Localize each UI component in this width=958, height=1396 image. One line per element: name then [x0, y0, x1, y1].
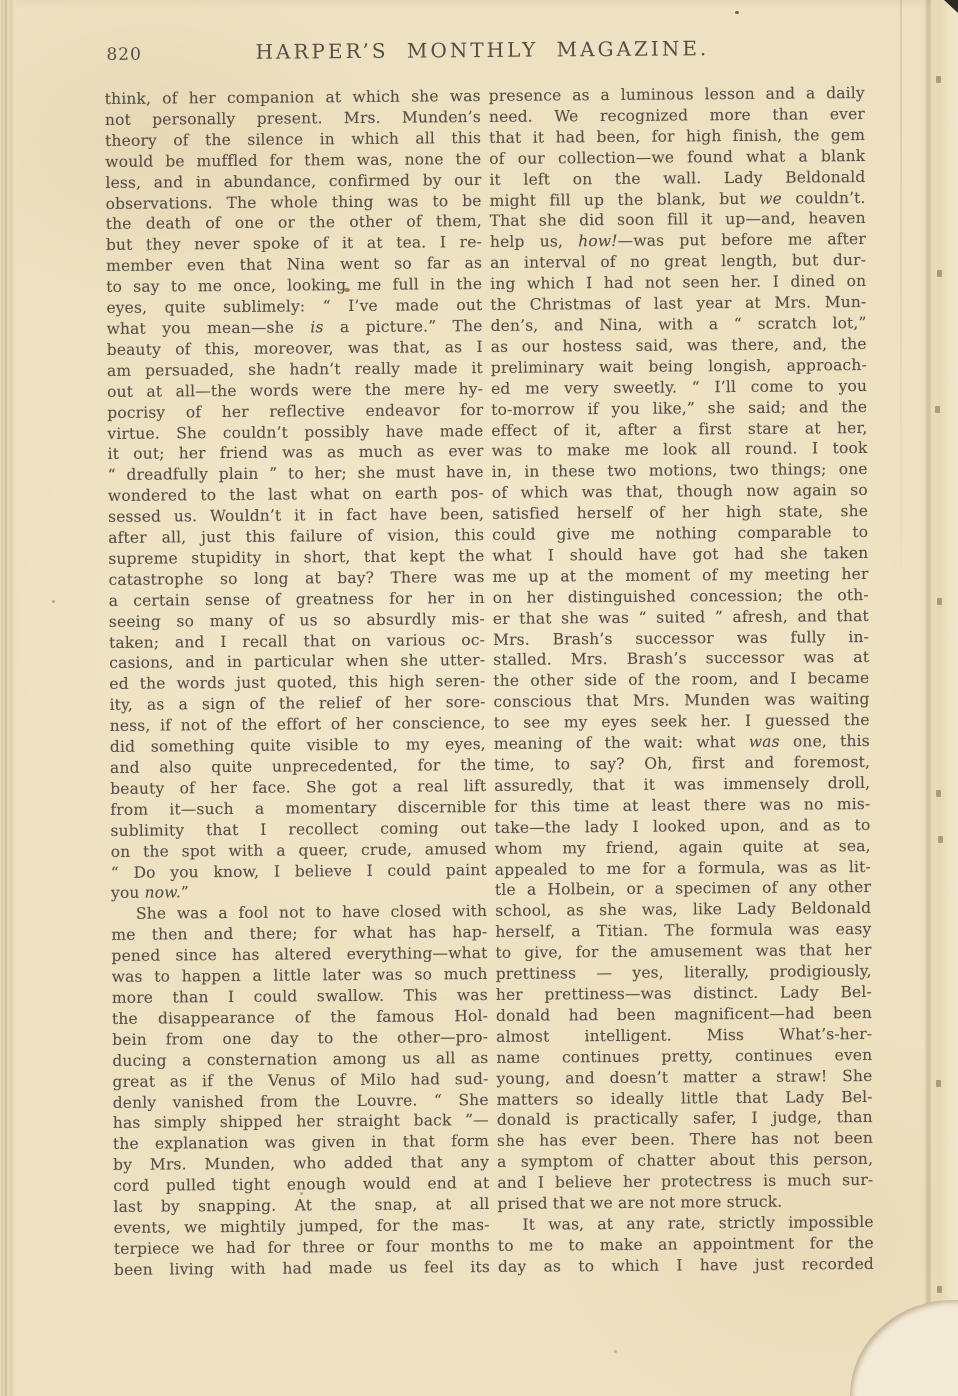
text-line: and I believe her protectress is much su… [497, 1170, 873, 1194]
paper-speck [735, 11, 739, 14]
text-line: virtue. She couldn’t possibly have made [107, 420, 483, 444]
text-line: beauty of this, moreover, was that, as I [107, 337, 483, 361]
text-line: That she did soon fill it up—and, heaven [490, 208, 866, 232]
text-line: the Christmas of last year at Mrs. Mun- [490, 292, 866, 316]
text-line: satisfied herself of her high state, she [492, 501, 868, 525]
text-line: the explanation was given in that form [113, 1131, 489, 1155]
text-line: more than I could swallow. This was [112, 985, 488, 1009]
text-line: by Mrs. Munden, who added that any [113, 1152, 489, 1176]
torn-page-corner [850, 1300, 958, 1396]
text-line: ducing a consternation among us all as [112, 1048, 488, 1072]
text-column-left: think, of her companion at which she was… [105, 86, 490, 1281]
text-line: last by snapping. At the snap, at all [113, 1194, 489, 1218]
text-line: and also quite unprecedented, for the [110, 755, 486, 779]
text-line: school, as she was, like Lady Beldonald [495, 898, 871, 922]
text-line: taken; and I recall that on various oc- [109, 630, 485, 654]
text-line: the death of one or the other of them, [106, 211, 482, 235]
text-line: from it—such a momentary discernible [110, 797, 486, 821]
text-line: it left on the wall. Lady Beldonald [489, 167, 865, 191]
text-line: not personally present. Mrs. Munden’s [105, 107, 481, 131]
text-line: as our hostess said, was there, and, the [491, 334, 867, 358]
text-line: stalled. Mrs. Brash’s successor was at [493, 647, 869, 671]
text-line: donald had been magnificent—had been [496, 1003, 872, 1027]
text-line: what I should have got had she taken [492, 543, 868, 567]
edge-print-mark [936, 76, 941, 83]
edge-print-mark [937, 598, 942, 605]
text-line: conscious that Mrs. Munden was waiting [493, 689, 869, 713]
text-line: er that she was “ suited ” afresh, and t… [493, 606, 869, 630]
text-line: a certain sense of greatness for her in [109, 588, 485, 612]
text-line: out at all—the words were the mere hy- [107, 379, 483, 403]
text-line: on her distinguished concession; the oth… [493, 585, 869, 609]
text-line: to-morrow if you like,” she said; and th… [491, 397, 867, 421]
text-line: prettiness — yes, literally, prodigiousl… [496, 961, 872, 985]
paper-speck [300, 1192, 303, 1195]
text-line: casions, and in particular when she utte… [109, 650, 485, 674]
paper-crease [900, 0, 902, 614]
edge-print-mark [935, 406, 940, 413]
text-line: been living with had made us feel its [114, 1257, 490, 1281]
text-line: to say to me once, looking me full in th… [106, 274, 482, 298]
text-line: her prettiness—was distinct. Lady Bel- [496, 982, 872, 1006]
text-line: events, we mightily jumped, for the mas- [114, 1215, 490, 1239]
text-line: would be muffled for them was, none the [105, 149, 481, 173]
text-line: pened since has altered everything—what [111, 943, 487, 967]
text-line: it out; her friend was as much as ever [107, 441, 483, 465]
text-line: meaning of the wait: what was one, this [494, 731, 870, 755]
text-line: theory of the silence in which all this [105, 128, 481, 152]
text-line: great as if the Venus of Milo had sud- [112, 1069, 488, 1093]
text-line: could give me nothing comparable to [492, 522, 868, 546]
text-line: the disappearance of the famous Hol- [112, 1006, 488, 1030]
edge-print-mark [937, 270, 942, 277]
text-line: to give, for the amusement was that her [495, 940, 871, 964]
text-line: member even that Nina went so far as [106, 253, 482, 277]
edge-print-mark [936, 1080, 941, 1087]
page-content: 820 HARPER’S MONTHLY MAGAZINE. think, of… [0, 0, 958, 4]
text-line: wondered to the last what on earth pos- [108, 483, 484, 507]
text-line: prised that we are not more struck. [497, 1191, 873, 1215]
text-line: time, to say? Oh, first and foremost, [494, 752, 870, 776]
text-line: den’s, and Nina, with a “ scratch lot,” [490, 313, 866, 337]
text-line: might fill up the blank, but we couldn’t… [489, 188, 865, 212]
text-line: the other side of the room, and I became [493, 668, 869, 692]
text-line: ing which I had not seen her. I dined on [490, 271, 866, 295]
text-column-right: presence as a luminous lesson and a dail… [489, 83, 874, 1278]
text-line: preliminary wait being longish, approach… [491, 355, 867, 379]
text-line: me then and there; for what has hap- [111, 922, 487, 946]
text-line: an interval of no great length, but dur- [490, 250, 866, 274]
text-line: in, in these two motions, two things; on… [492, 459, 868, 483]
text-line: young, and doesn’t matter a straw! She [496, 1066, 872, 1090]
text-line: She was a fool not to have closed with [111, 901, 487, 925]
edge-print-mark [937, 1286, 942, 1293]
text-line: beauty of her face. She got a real lift [110, 776, 486, 800]
text-line: seeing so many of us so absurdly mis- [109, 609, 485, 633]
text-line: for this time at least there was no mis- [494, 794, 870, 818]
text-line: whom my friend, again quite at sea, [495, 836, 871, 860]
text-line: eyes, quite sublimely: “ I’ve made out [106, 295, 482, 319]
text-line: on the spot with a queer, crude, amused [111, 839, 487, 863]
text-line: terpiece we had for three or four months [114, 1236, 490, 1260]
text-line: appealed to me for a formula, was as lit… [495, 856, 871, 880]
text-line: what you mean—she is a picture.” The [106, 316, 482, 340]
text-line: to me to make an appointment for the [498, 1233, 874, 1257]
text-line: help us, how!—was put before me after [490, 229, 866, 253]
text-line: a symptom of chatter about this person, [497, 1149, 873, 1173]
page-edge [924, 0, 958, 1396]
text-line: she has ever been. There has not been [497, 1128, 873, 1152]
text-line: Mrs. Brash’s successor was fully in- [493, 627, 869, 651]
running-header: 820 HARPER’S MONTHLY MAGAZINE. [104, 35, 860, 67]
paper-speck [52, 600, 55, 603]
text-line: of which was that, though now again so [492, 480, 868, 504]
text-line: presence as a luminous lesson and a dail… [489, 83, 865, 107]
text-line: sublimity that I recollect coming out [110, 818, 486, 842]
text-line: denly vanished from the Louvre. “ She [113, 1089, 489, 1113]
text-line: was to make me look all round. I took [491, 438, 867, 462]
text-line: ity, as a sign of the relief of her sore… [109, 692, 485, 716]
magazine-page: 820 HARPER’S MONTHLY MAGAZINE. think, of… [0, 0, 958, 1396]
text-line: think, of her companion at which she was [105, 86, 481, 110]
text-line: am persuaded, she hadn’t really made it [107, 358, 483, 382]
text-line: assuredly, that it was immensely droll, [494, 773, 870, 797]
binding-edge [0, 0, 18, 1396]
text-line: observations. The whole thing was to be [106, 191, 482, 215]
text-line: effect of it, after a first stare at her… [491, 417, 867, 441]
text-line: to see my eyes seek her. I guessed the [494, 710, 870, 734]
paper-speck [614, 1350, 617, 1353]
text-line: ness, if not of the effort of her consci… [110, 713, 486, 737]
text-line: supreme stupidity in short, that kept th… [108, 546, 484, 570]
text-line: take—the lady I looked upon, and as to [494, 815, 870, 839]
text-line: ed the words just quoted, this high sere… [109, 671, 485, 695]
edge-print-mark [938, 836, 943, 843]
text-line: ed me very sweetly. “ I’ll come to you [491, 376, 867, 400]
text-line: It was, at any rate, strictly impossible [498, 1212, 874, 1236]
text-line: “ dreadfully plain ” to her; she must ha… [108, 462, 484, 486]
text-line: less, and in abundance, confirmed by our [105, 170, 481, 194]
text-line: need. We recognized more than ever [489, 104, 865, 128]
text-line: catastrophe so long at bay? There was [108, 567, 484, 591]
text-line: you now.” [111, 880, 487, 904]
text-line: after all, just this failure of vision, … [108, 525, 484, 549]
text-line: almost intelligent. Miss What’s-her- [496, 1024, 872, 1048]
text-line: day as to which I have just recorded [498, 1254, 874, 1278]
text-line: bein from one day to the other—pro- [112, 1027, 488, 1051]
text-line: pocrisy of her reflective endeavor for [107, 400, 483, 424]
text-line: that it had been, for high finish, the g… [489, 125, 865, 149]
magazine-title: HARPER’S MONTHLY MAGAZINE. [104, 35, 860, 65]
text-line: but they never spoke of it at tea. I re- [106, 232, 482, 256]
text-line: herself, a Titian. The formula was easy [495, 919, 871, 943]
text-line: name continues pretty, continues even [496, 1045, 872, 1069]
text-line: of our collection—we found what a blank [489, 146, 865, 170]
text-line: donald is practically safer, I judge, th… [497, 1107, 873, 1131]
text-line: was to happen a little later was so much [112, 964, 488, 988]
text-line: sessed us. Wouldn’t it in fact have been… [108, 504, 484, 528]
text-line: matters so ideally little that Lady Bel- [497, 1086, 873, 1110]
paper-speck [344, 288, 350, 292]
edge-print-mark [936, 790, 941, 797]
text-line: has simply shipped her straight back ”— [113, 1110, 489, 1134]
paper-speck [146, 249, 149, 251]
text-line: “ Do you know, I believe I could paint [111, 859, 487, 883]
text-line: did something quite visible to my eyes, [110, 734, 486, 758]
text-line: me up at the moment of my meeting her [492, 564, 868, 588]
text-line: tle a Holbein, or a specimen of any othe… [495, 877, 871, 901]
